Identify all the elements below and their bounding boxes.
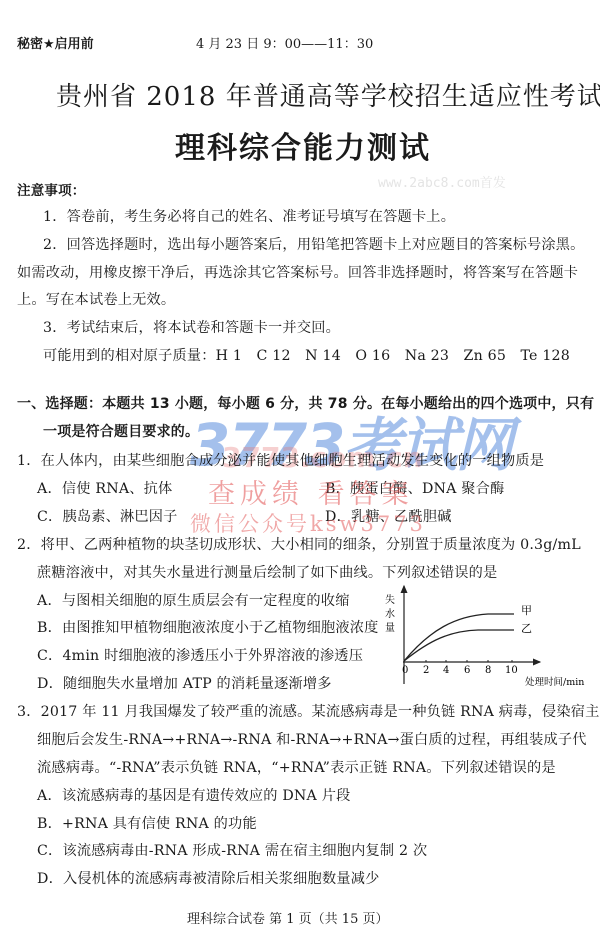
exam-title: 贵州省 2018 年普通高等学校招生适应性考试 [56,76,600,113]
exam-time: 4 月 23 日 9：00——11：30 [196,33,373,52]
x-tick-4: 4 [443,665,449,676]
question-2-option-d: D．随细胞失水量增加 ATP 的消耗量逐渐增多 [37,673,332,693]
section-heading-line1: 一、选择题：本题共 13 小题，每小题 6 分，共 78 分。在每小题给出的四个… [17,393,594,413]
question-1-option-b: B．胰蛋白酶、DNA 聚合酶 [325,478,504,498]
note-item-3: 3．考试结束后，将本试卷和答题卡一并交回。 [43,317,340,337]
x-tick-10: 10 [505,665,518,676]
x-tick-0: 0 [402,665,408,676]
x-tick-2: 2 [423,665,429,676]
question-3-option-c: C．该流感病毒由-RNA 形成-RNA 需在宿主细胞内复制 2 次 [37,840,427,860]
question-3-option-d: D．入侵机体的流感病毒被清除后相关浆细胞数量减少 [37,868,380,888]
atomic-masses: 可能用到的相对原子质量：H 1 C 12 N 14 O 16 Na 23 Zn … [43,345,570,365]
question-1-option-d: D．乳糖、乙酰胆碱 [325,506,452,526]
question-2-option-b: B．由图推知甲植物细胞液浓度小于乙植物细胞液浓度 [37,617,379,637]
water-loss-chart: 失 水 量 0 2 4 6 8 10 甲 乙 处理时间/min [380,578,600,688]
x-tick-6: 6 [464,665,470,676]
question-2-option-a: A．与图相关细胞的原生质层会有一定程度的收缩 [37,590,350,610]
subject-title: 理科综合能力测试 [175,123,431,167]
confidential-label: 秘密★启用前 [17,33,94,52]
note-item-1: 1．答卷前，考生务必将自己的姓名、准考证号填写在答题卡上。 [43,206,455,226]
curve-jia [404,614,514,661]
note-item-2-line3: 上。写在本试卷上无效。 [17,289,175,309]
note-item-2-line1: 2．回答选择题时，选出每小题答案后，用铅笔把答题卡上对应题目的答案标号涂黑。 [43,234,585,254]
series-label-jia: 甲 [521,604,532,617]
question-2-option-c: C．4min 时细胞液的渗透压小于外界溶液的渗透压 [37,645,363,665]
question-3-option-b: B．+RNA 具有信使 RNA 的功能 [37,813,257,833]
question-2-stem-line1: 2．将甲、乙两种植物的块茎切成形状、大小相同的细条，分别置于质量浓度为 0.3g… [17,534,581,554]
curve-yi [404,630,514,661]
y-axis-label-2: 水 [385,607,395,620]
notes-heading: 注意事项： [17,179,86,199]
site-watermark: www.2abc8.com首发 [378,172,506,191]
series-label-yi: 乙 [521,622,532,635]
y-axis-label-3: 量 [385,622,395,634]
x-axis-label: 处理时间/min [525,676,584,688]
question-3-stem-line3: 流感病毒。“-RNA”表示负链 RNA，“+RNA”表示正链 RNA。下列叙述错… [37,757,556,777]
question-3-stem-line1: 3．2017 年 11 月我国爆发了较严重的流感。某流感病毒是一种负链 RNA … [17,701,599,721]
y-axis-label-1: 失 [385,593,395,606]
question-1-option-c: C．胰岛素、淋巴因子 [37,506,178,526]
question-1-option-a: A．信使 RNA、抗体 [37,478,172,498]
section-heading-line2: 一项是符合题目要求的。 [43,421,199,441]
question-3-option-a: A．该流感病毒的基因是有遗传效应的 DNA 片段 [37,785,350,805]
question-3-stem-line2: 细胞后会发生-RNA→+RNA→-RNA 和-RNA→+RNA→蛋白质的过程，再… [37,729,587,749]
x-tick-8: 8 [485,665,491,676]
note-item-2-line2: 如需改动，用橡皮擦干净后，再选涂其它答案标号。回答非选择题时，将答案写在答题卡 [17,262,578,282]
page-footer: 理科综合试卷 第 1 页（共 15 页） [187,908,388,927]
question-1-stem: 1．在人体内，由某些细胞合成分泌并能使其他细胞生理活动发生变化的一组物质是 [17,450,544,470]
